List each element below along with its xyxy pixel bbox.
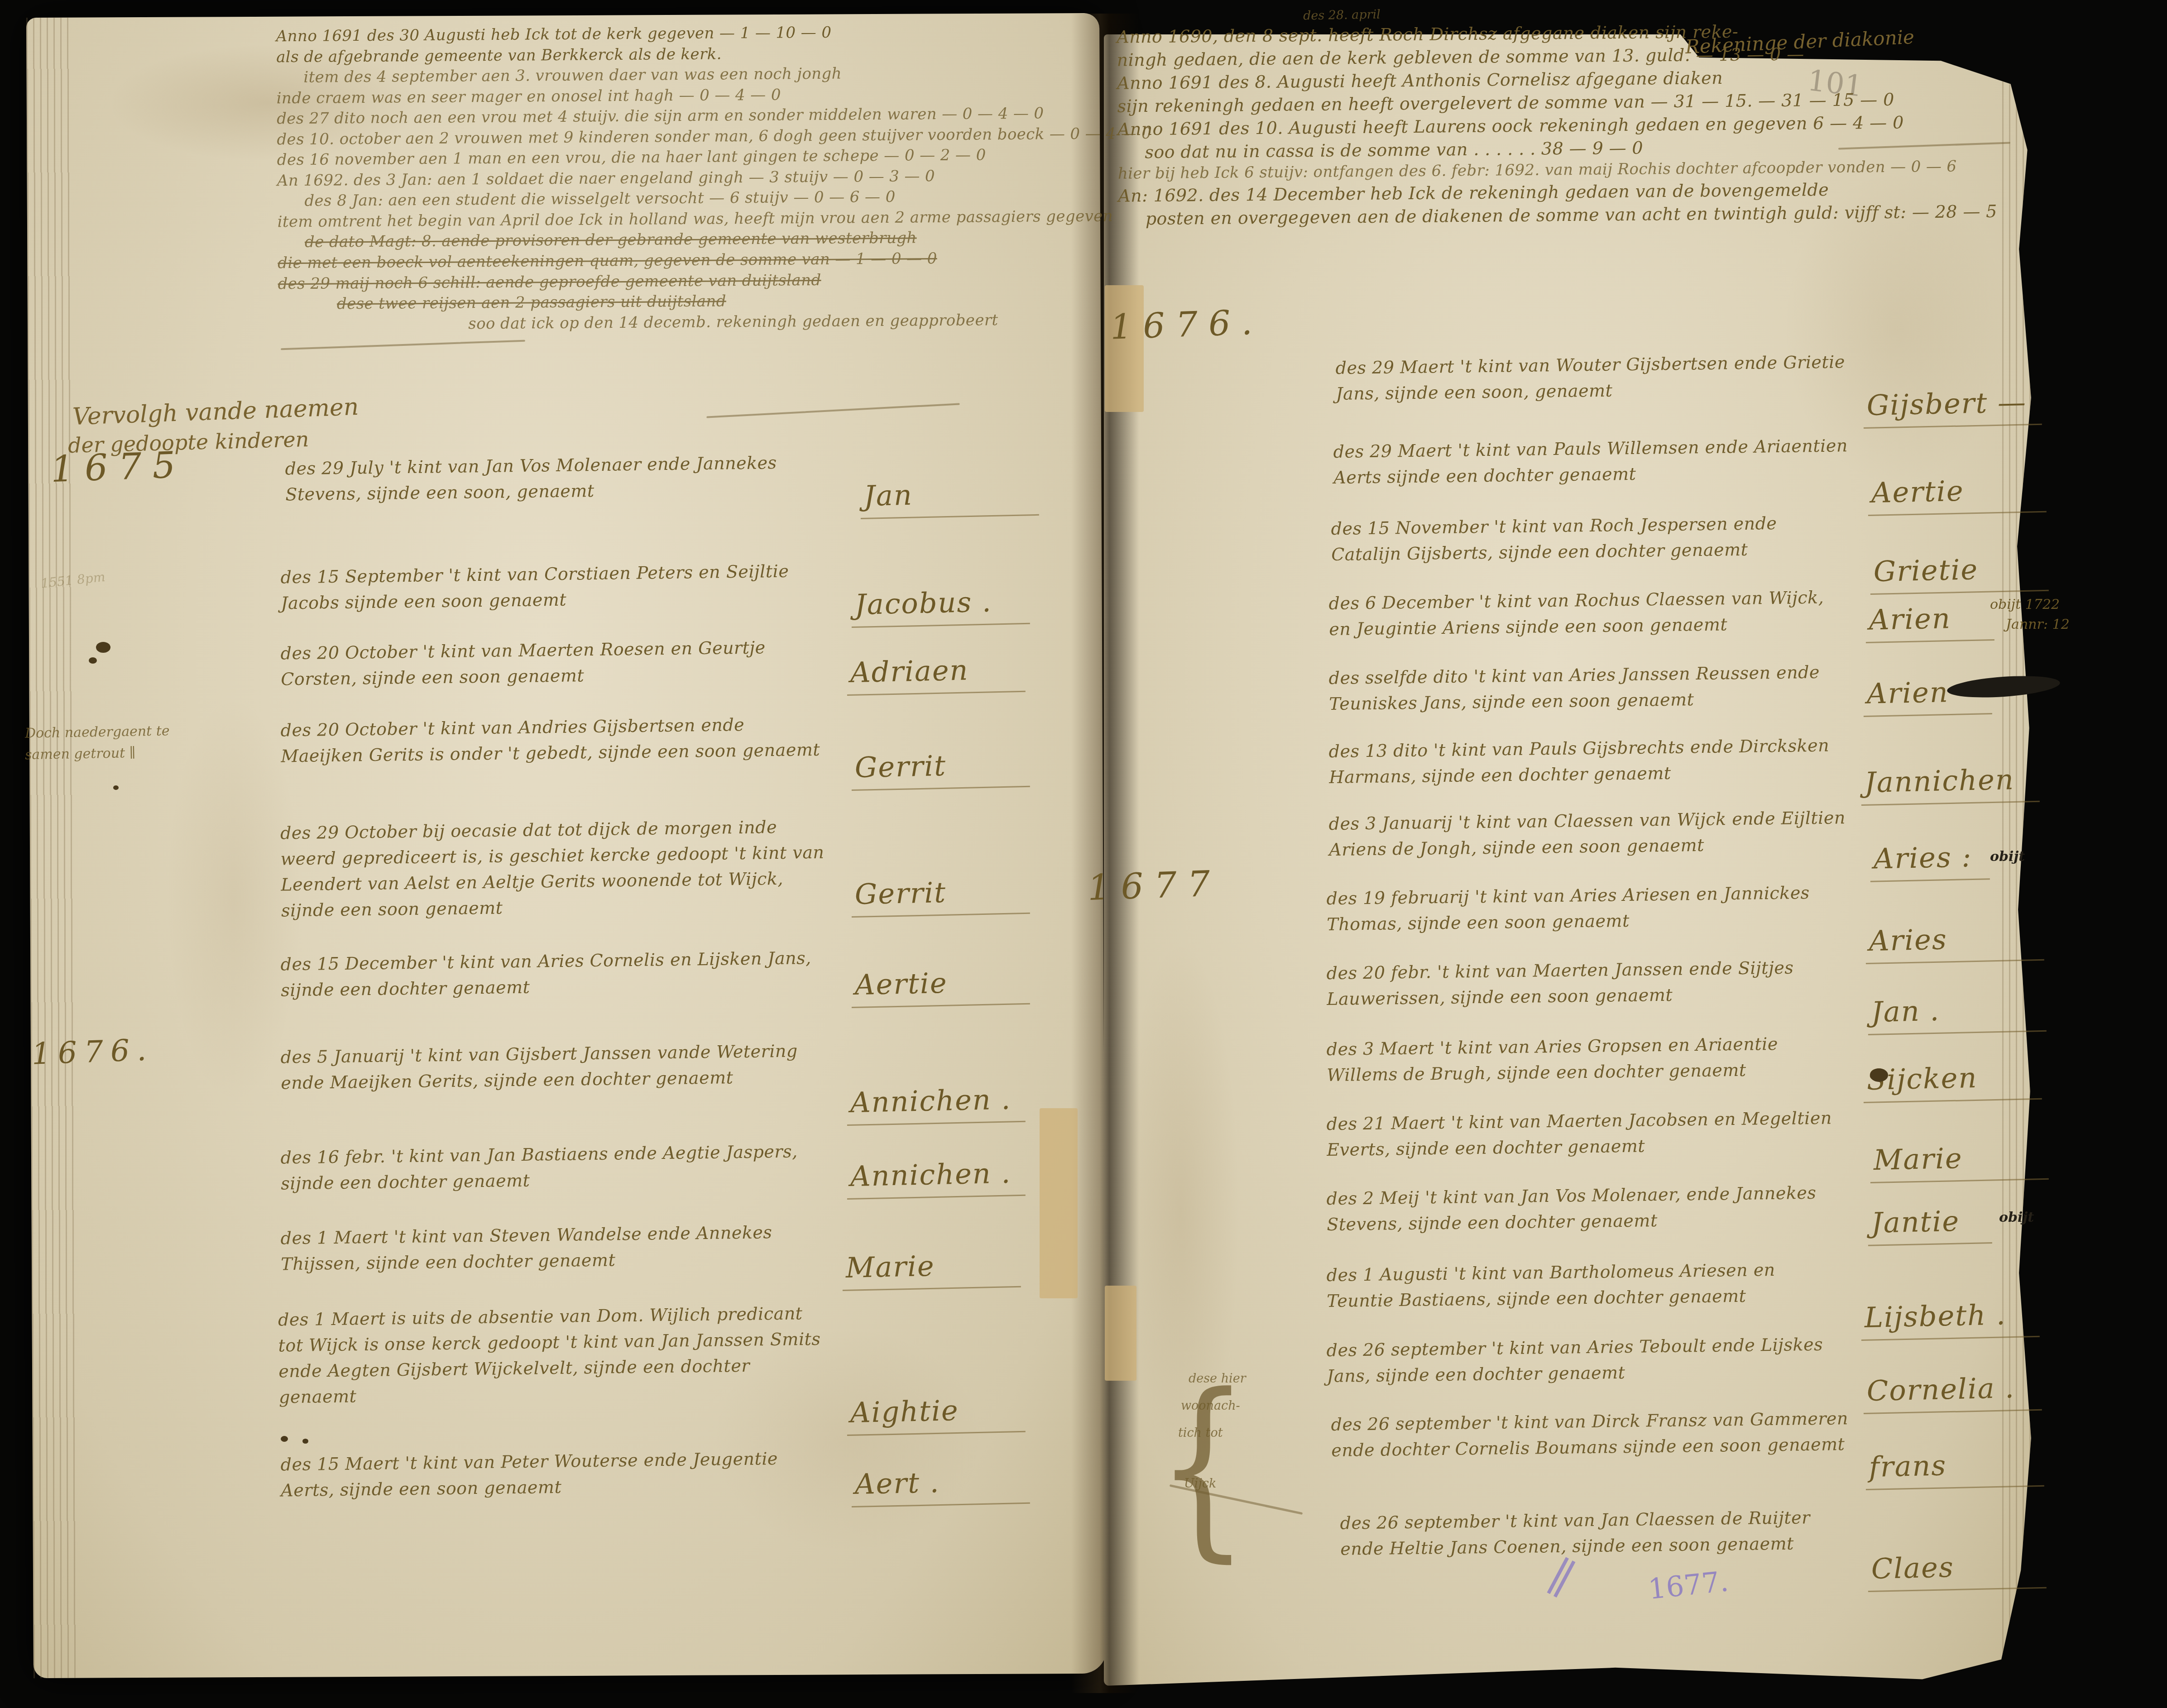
entry-text: des 26 september 't kint van Dirck Frans…: [1331, 1406, 1852, 1464]
residence-note-line2: woonach-: [1181, 1399, 1240, 1413]
residence-note-line1: dese hier: [1189, 1372, 1246, 1386]
entry-text: des 3 Maert 't kint van Aries Gropsen en…: [1326, 1030, 1847, 1088]
ink-blot: [96, 642, 110, 653]
date-note: des 28. april: [1303, 8, 1381, 23]
entry-name: Jantie: [1867, 1204, 1992, 1246]
entry-name: Gerrit: [851, 747, 1030, 791]
entry-text: des 29 Maert 't kint van Wouter Gijsbert…: [1335, 349, 1856, 407]
entry-name: Aries: [1865, 921, 2044, 964]
obit-note: obijt: [1990, 849, 2025, 865]
left-page-edge-stack: [26, 18, 77, 1678]
entry-text: des 13 dito 't kint van Pauls Gijsbrecht…: [1328, 732, 1850, 790]
year-1676: 1676.: [1110, 301, 1264, 347]
entry-name: Aries :: [1870, 840, 1990, 882]
ink-blot: [113, 785, 119, 790]
tape-repair: [1105, 285, 1144, 412]
entry-text: des 29 October bij oecasie dat tot dijck…: [280, 814, 829, 924]
entry-text: des 19 februarij 't kint van Aries Aries…: [1326, 880, 1847, 938]
entry-text: des sselfde dito 't kint van Aries Janss…: [1328, 659, 1850, 717]
obit-note: Jannr: 12: [2006, 617, 2070, 632]
entry-text: des 20 October 't kint van Andries Gijsb…: [280, 711, 829, 770]
entry-name: Jan .: [1867, 992, 2047, 1035]
entry-name: Gerrit: [851, 874, 1030, 918]
entry-text: des 5 Januarij 't kint van Gijsbert Jans…: [280, 1038, 829, 1096]
entry-text: des 2 Meij 't kint van Jan Vos Molenaer,…: [1326, 1180, 1847, 1238]
entry-text: des 15 December 't kint van Aries Cornel…: [280, 945, 829, 1004]
entry-name: Jannichen: [1860, 762, 2040, 806]
entry-text: des 1 Maert is uits de absentie van Dom.…: [278, 1301, 827, 1411]
entry-name: frans: [1865, 1447, 2044, 1490]
entry-text: des 29 July 't kint van Jan Vos Molenaer…: [285, 450, 833, 508]
entry-text: des 1 Maert 't kint van Steven Wandelse …: [280, 1219, 829, 1277]
entry-name: Arien: [1865, 601, 1994, 643]
entry-name: Marie: [842, 1248, 1021, 1291]
entry-text: des 26 september 't kint van Aries Tebou…: [1326, 1331, 1847, 1389]
ink-blot: [302, 1439, 308, 1444]
entry-text: des 15 September 't kint van Corstiaen P…: [280, 558, 829, 617]
tape-repair: [1105, 1286, 1136, 1381]
entry-text: des 3 Januarij 't kint van Claessen van …: [1328, 805, 1850, 863]
entry-text: des 26 september 't kint van Jan Claesse…: [1340, 1504, 1847, 1562]
entry-text: des 1 Augusti 't kint van Bartholomeus A…: [1326, 1256, 1847, 1314]
entry-name: Gijsbert —: [1863, 385, 2042, 429]
obit-note: obijt 1722: [1990, 597, 2060, 612]
entry-text: des 15 Maert 't kint van Peter Wouterse …: [280, 1445, 829, 1504]
entry-name: Marie: [1870, 1140, 2049, 1183]
entry-name: Cornelia .: [1863, 1371, 2042, 1414]
right-account-block: Anno 1690, den 8 sept. heeft Roch Dirchs…: [1117, 18, 2024, 230]
year-1677: 1677: [1087, 863, 1222, 909]
entry-name: Grietie: [1870, 551, 2049, 595]
margin-year-1675: 1675: [50, 444, 187, 490]
entry-name: Jan: [860, 476, 1039, 519]
margin-note-line2: samen getrout ∥: [25, 745, 136, 763]
entry-name: Sijcken: [1863, 1060, 2042, 1103]
entry-text: des 16 febr. 't kint van Jan Bastiaens e…: [280, 1139, 829, 1197]
tape-repair: [1040, 1108, 1078, 1298]
entry-text: des 29 Maert 't kint van Pauls Willemsen…: [1333, 433, 1854, 491]
entry-text: des 20 febr. 't kint van Maerten Janssen…: [1326, 954, 1847, 1012]
entry-name: Aertie: [1867, 473, 2047, 516]
residence-note-line3: tich tot: [1178, 1426, 1223, 1440]
manuscript-scan: Anno 1691 des 30 Augusti heb Ick tot de …: [0, 0, 2167, 1708]
entry-name: Lijsbeth .: [1860, 1297, 2040, 1341]
ink-blot: [1870, 1068, 1888, 1082]
entry-text: des 21 Maert 't kint van Maerten Jacobse…: [1326, 1105, 1847, 1163]
entry-name: Jacobus .: [851, 584, 1030, 628]
entry-text: des 20 October 't kint van Maerten Roese…: [280, 634, 829, 693]
obit-note: obijt: [1999, 1210, 2034, 1225]
entry-name: Adriaen: [846, 652, 1026, 696]
margin-note-line1: Doch naedergaent te: [25, 723, 170, 742]
left-account-block: Anno 1691 des 30 Augusti heb Ick tot de …: [276, 21, 1093, 336]
entry-name: Aightie: [846, 1392, 1026, 1436]
entry-name: Claes: [1867, 1549, 2047, 1592]
entry-name: Aertie: [851, 965, 1030, 1008]
entry-text: des 6 December 't kint van Rochus Claess…: [1328, 584, 1850, 642]
entry-text: des 15 November 't kint van Roch Jespers…: [1331, 510, 1852, 568]
ink-blot: [89, 657, 97, 664]
margin-year-1676: 1676.: [31, 1032, 154, 1071]
entry-name: Annichen .: [846, 1082, 1026, 1126]
entry-name: Aert .: [851, 1464, 1030, 1507]
entry-name: Annichen .: [846, 1156, 1026, 1200]
ink-blot: [281, 1436, 288, 1442]
